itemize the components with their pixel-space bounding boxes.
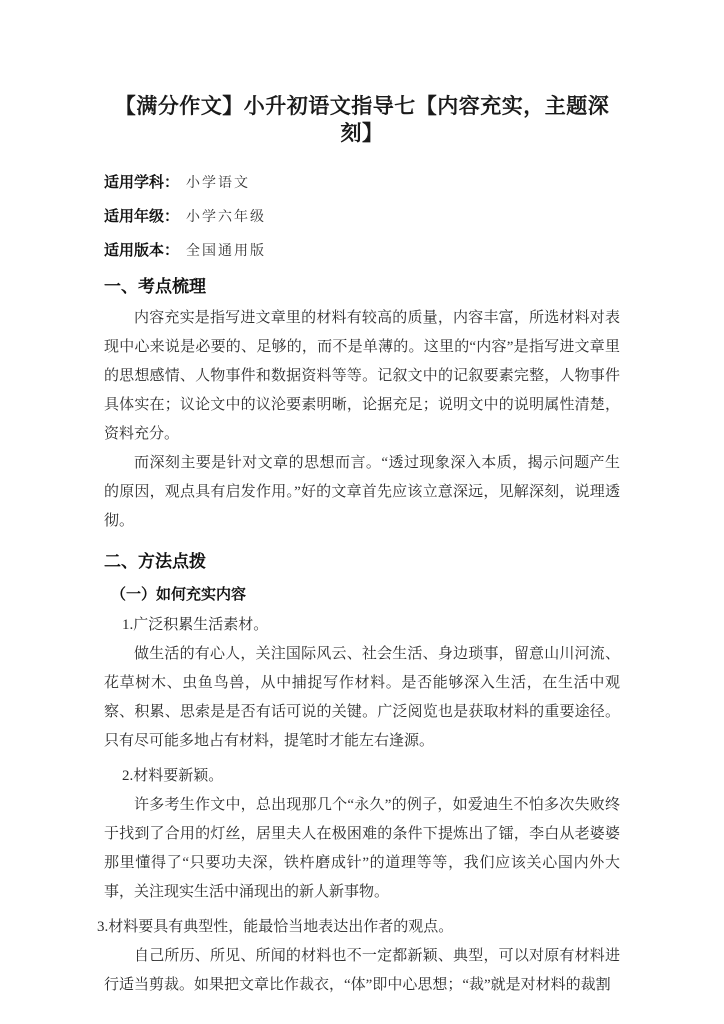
- document-page: 【满分作文】小升初语文指导七【内容充实，主题深刻】 适用学科：小学语文 适用年级…: [0, 0, 724, 1024]
- method-item-1-paragraph: 做生活的有心人，关注国际风云、社会生活、身边琐事，留意山川河流、花草树木、虫鱼鸟…: [104, 640, 620, 756]
- meta-edition-label: 适用版本：: [104, 242, 179, 259]
- method-item-1-heading: 1.广泛积累生活素材。: [104, 611, 620, 640]
- method-item-3-paragraph: 自己所历、所见、所闻的材料也不一定都新颖、典型，可以对原有材料进行适当剪裁。如果…: [104, 942, 620, 1000]
- method-item-2-heading: 2.材料要新颖。: [104, 762, 620, 791]
- meta-row-subject: 适用学科：小学语文: [104, 173, 620, 193]
- meta-block: 适用学科：小学语文 适用年级：小学六年级 适用版本：全国通用版: [104, 173, 620, 261]
- document-title: 【满分作文】小升初语文指导七【内容充实，主题深刻】: [104, 93, 620, 147]
- section-2-subheading: （一）如何充实内容: [104, 585, 620, 605]
- meta-grade-label: 适用年级：: [104, 208, 179, 225]
- meta-subject-label: 适用学科：: [104, 174, 179, 191]
- meta-row-edition: 适用版本：全国通用版: [104, 241, 620, 261]
- section-1-heading: 一、考点梳理: [104, 275, 620, 298]
- section-1-paragraph-1: 内容充实是指写进文章里的材料有较高的质量，内容丰富，所选材料对表现中心来说是必要…: [104, 304, 620, 449]
- method-item-2-paragraph: 许多考生作文中，总出现那几个“永久”的例子，如爱迪生不怕多次失败终于找到了合用的…: [104, 791, 620, 907]
- section-2-heading: 二、方法点拨: [104, 550, 620, 573]
- method-item-3-heading: 3.材料要具有典型性，能最恰当地表达出作者的观点。: [97, 913, 620, 942]
- meta-subject-value: 小学语文: [186, 176, 250, 191]
- section-1-paragraph-2: 而深刻主要是针对文章的思想而言。“透过现象深入本质，揭示问题产生的原因，观点具有…: [104, 449, 620, 536]
- meta-row-grade: 适用年级：小学六年级: [104, 207, 620, 227]
- meta-grade-value: 小学六年级: [186, 210, 266, 225]
- meta-edition-value: 全国通用版: [186, 244, 266, 259]
